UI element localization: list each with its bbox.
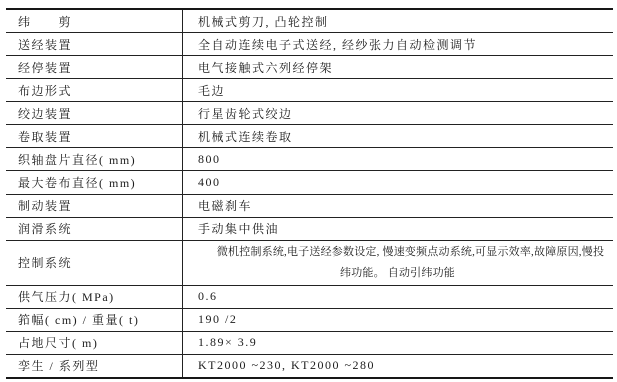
spec-value: 800 <box>183 148 613 170</box>
spec-value: 机械式连续卷取 <box>183 125 613 147</box>
spec-value: 全自动连续电子式送经, 经纱张力自动检测调节 <box>183 33 613 55</box>
table-row-letoff-device: 送经装置 全自动连续电子式送经, 经纱张力自动检测调节 <box>6 33 613 56</box>
spec-value-line-1: 微机控制系统,电子送经参数设定, 慢速变频点动系统,可显示效率,故障原因,慢投 <box>191 242 604 263</box>
spec-value: 机械式剪刀, 凸轮控制 <box>183 10 613 32</box>
table-row-max-cloth-roll-diameter: 最大卷布直径( mm) 400 <box>6 171 613 194</box>
spec-label: 送经装置 <box>6 33 183 55</box>
spec-value: 手动集中供油 <box>183 218 613 240</box>
spec-value-line-2: 纬功能。 自动引纬功能 <box>340 263 455 284</box>
table-row-air-supply-pressure: 供气压力( MPa) 0.6 <box>6 286 613 309</box>
spec-label: 控制系统 <box>6 241 183 285</box>
spec-label: 布边形式 <box>6 79 183 101</box>
spec-label: 织轴盘片直径( mm) <box>6 148 183 170</box>
spec-label: 孪生 / 系列型 <box>6 355 183 377</box>
spec-label: 卷取装置 <box>6 125 183 147</box>
table-row-warp-stop-device: 经停装置 电气接触式六列经停架 <box>6 56 613 79</box>
spec-value: 电磁刹车 <box>183 195 613 217</box>
spec-label: 占地尺寸( m) <box>6 332 183 354</box>
spec-label: 绞边装置 <box>6 102 183 124</box>
spec-value: 400 <box>183 171 613 193</box>
table-row-control-system: 控制系统 微机控制系统,电子送经参数设定, 慢速变频点动系统,可显示效率,故障原… <box>6 241 613 286</box>
loom-specification-table: 纬 剪 机械式剪刀, 凸轮控制 送经装置 全自动连续电子式送经, 经纱张力自动检… <box>6 8 613 379</box>
table-row-brake-device: 制动装置 电磁刹车 <box>6 195 613 218</box>
spec-label: 最大卷布直径( mm) <box>6 171 183 193</box>
spec-value: 1.89× 3.9 <box>183 332 613 354</box>
table-row-weft-cutter: 纬 剪 机械式剪刀, 凸轮控制 <box>6 10 613 33</box>
table-row-reed-width-weight: 筘幅( cm) / 重量( t) 190 /2 <box>6 309 613 332</box>
spec-label: 筘幅( cm) / 重量( t) <box>6 309 183 331</box>
spec-value: 电气接触式六列经停架 <box>183 56 613 78</box>
table-row-selvage-type: 布边形式 毛边 <box>6 79 613 102</box>
table-row-leno-device: 绞边装置 行星齿轮式绞边 <box>6 102 613 125</box>
spec-label: 供气压力( MPa) <box>6 286 183 308</box>
spec-value: 微机控制系统,电子送经参数设定, 慢速变频点动系统,可显示效率,故障原因,慢投 … <box>183 241 613 285</box>
table-row-takeup-device: 卷取装置 机械式连续卷取 <box>6 125 613 148</box>
spec-label: 纬 剪 <box>6 10 183 32</box>
spec-value: 190 /2 <box>183 309 613 331</box>
spec-value: 0.6 <box>183 286 613 308</box>
spec-value: 毛边 <box>183 79 613 101</box>
table-row-floor-space: 占地尺寸( m) 1.89× 3.9 <box>6 332 613 355</box>
scanned-spec-document-page: 纬 剪 机械式剪刀, 凸轮控制 送经装置 全自动连续电子式送经, 经纱张力自动检… <box>0 0 617 382</box>
spec-label: 润滑系统 <box>6 218 183 240</box>
table-row-lubrication-system: 润滑系统 手动集中供油 <box>6 218 613 241</box>
spec-label: 经停装置 <box>6 56 183 78</box>
spec-value: KT2000 ~230, KT2000 ~280 <box>183 355 613 377</box>
table-row-beam-flange-diameter: 织轴盘片直径( mm) 800 <box>6 148 613 171</box>
table-row-series-models: 孪生 / 系列型 KT2000 ~230, KT2000 ~280 <box>6 355 613 377</box>
spec-value: 行星齿轮式绞边 <box>183 102 613 124</box>
spec-label: 制动装置 <box>6 195 183 217</box>
